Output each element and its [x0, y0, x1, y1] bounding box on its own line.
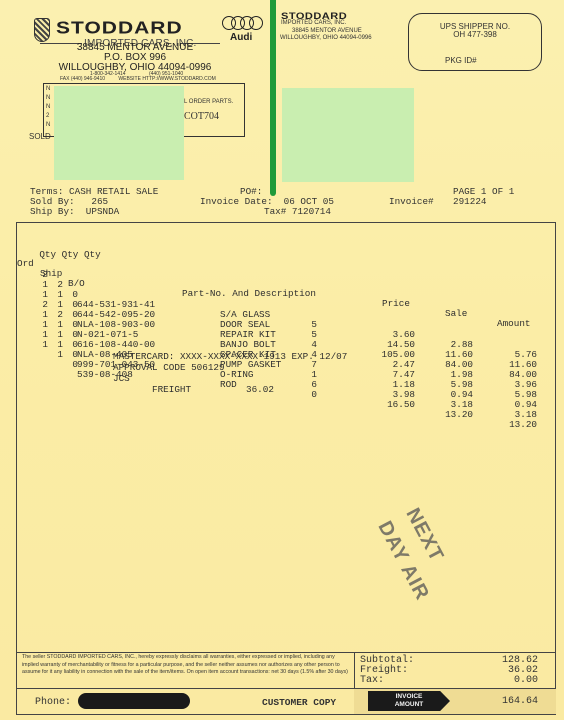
address-line: WILLOUGHBY, OHIO 44094-0996 — [280, 35, 372, 41]
invoice-amount-badge: INVOICE AMOUNT — [368, 691, 450, 711]
invoice-label: Invoice# — [389, 196, 434, 207]
address-line: 38845 MENTOR AVENUE — [292, 28, 362, 34]
tax-number: Tax# 7120714 — [264, 206, 331, 217]
card-info: MASTERCARD: XXXX-XXXX-XXXX-1913 EXP. 12/… — [113, 352, 347, 362]
tax-label: Tax: — [360, 675, 384, 686]
description: ROD — [220, 380, 237, 390]
table-row: 1 1 0 616-108-440-00 SPACER KIT 7 7.47 5… — [17, 300, 557, 310]
table-row: 1 1 0 NLA-08-405 PUMP GASKET 1 1.18 0.94… — [17, 310, 557, 320]
table-row: 1 1 0 539-08-408 ROD 0 16.50 13.20 13.20 — [17, 330, 557, 340]
amount: 13.20 — [487, 420, 537, 430]
green-edge-stripe — [270, 0, 276, 196]
sold-to-mark: 2 — [46, 113, 49, 119]
tax-value: 0.00 — [470, 675, 538, 686]
price: 16.50 — [357, 400, 415, 410]
invoice-page: STODDARD IMPORTED CARS, INC. Audi 38845 … — [0, 0, 564, 720]
website: WEBSITE HTTP://WWW.STODDARD.COM — [118, 76, 215, 82]
pkg-id-label: PKG ID# — [445, 56, 477, 65]
table-row: 1 1 0 NLA-108-903-00 REPAIR KIT 4 105.00… — [17, 280, 557, 290]
freight-note-value: 36.02 — [246, 385, 274, 395]
sold-label: SOLD — [29, 132, 51, 141]
ship-by: Ship By: UPSNDA — [30, 206, 119, 217]
table-row: 2 2 0 N-021-071-5 BANJO BOLT 4 2.47 1.98… — [17, 290, 557, 300]
invoice-amount-line2: AMOUNT — [368, 701, 450, 709]
qty-ordered: 1 — [38, 340, 48, 350]
invoice-total: 164.64 — [470, 696, 538, 707]
customer-copy-label: CUSTOMER COPY — [262, 697, 336, 708]
porsche-crest-icon — [34, 18, 50, 42]
sold-to-mark: N — [46, 122, 50, 128]
ups-shipper-number: OH 477-398 — [408, 30, 542, 39]
fax-website: FAX (440) 946-9410 WEBSITE HTTP://WWW.ST… — [60, 76, 216, 82]
redaction-sticky-note — [282, 88, 414, 182]
order-parts-text: L ORDER PARTS. — [184, 99, 233, 105]
audi-label: Audi — [230, 32, 252, 43]
freight-note-label: FREIGHT — [152, 385, 191, 395]
invoice-number: 291224 — [453, 196, 486, 207]
sold-to-mark: N — [46, 86, 50, 92]
table-row: 2 2 0 644-531-931-41 S/A GLASS 5 3.60 2.… — [17, 260, 557, 270]
clerk-initials: JCS — [113, 374, 130, 384]
table-header: Ord Ship B/O Part-No. And Description Pr… — [17, 249, 557, 259]
fax: FAX (440) 946-9410 — [60, 76, 105, 82]
brand-subtitle-small: IMPORTED CARS, INC. — [281, 20, 346, 26]
divider — [354, 652, 355, 688]
qty-shipped: 1 — [53, 350, 63, 360]
table-row: 1 1 0 999-701-043-50 O-RING 6 3.98 3.18 … — [17, 320, 557, 330]
brand-name: STODDARD — [56, 18, 183, 38]
sold-to-mark: N — [46, 95, 50, 101]
table-row: 1 1 0 644-542-095-20 DOOR SEAL 5 14.50 1… — [17, 270, 557, 280]
group-code: 0 — [297, 390, 317, 400]
sold-to-mark: N — [46, 104, 50, 110]
warranty-disclaimer: The seller STODDARD IMPORTED CARS, INC.,… — [22, 654, 352, 677]
redaction-sticky-note — [54, 86, 184, 180]
customer-code: COT704 — [184, 111, 219, 122]
approval-code: APPROVAL CODE 506129 — [113, 363, 225, 373]
phone-redaction — [78, 693, 190, 709]
audi-rings-icon — [222, 16, 262, 30]
phone-label: Phone: — [35, 697, 71, 708]
invoice-amount-line1: INVOICE — [368, 693, 450, 701]
sale-price: 13.20 — [429, 410, 473, 420]
